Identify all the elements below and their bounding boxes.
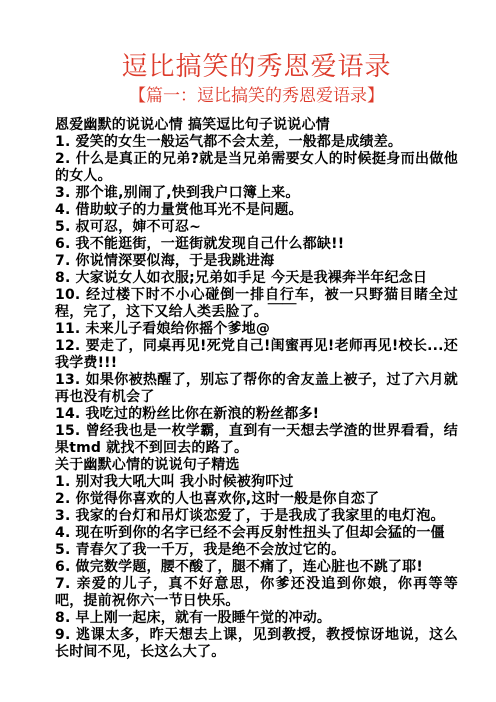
quote-item: 13. 如果你被热醒了，别忘了帮你的舍友盖上被子，过了六月就再也没有机会了 — [55, 372, 458, 406]
quote-item: 8. 大家说女人如衣服;兄弟如手足 今天是我裸奔半年纪念日 — [55, 270, 458, 287]
quote-item: 15. 曾经我也是一枚学霸，直到有一天想去学渣的世界看看，结果tmd 就找不到回… — [55, 423, 458, 457]
document-page: 逗比搞笑的秀恩爱语录 【篇一：逗比搞笑的秀恩爱语录】 恩爱幽默的说说心情 搞笑逗… — [0, 0, 496, 702]
quote-item: 7. 你说情深要似海，于是我跳进海 — [55, 253, 458, 270]
quote-item: 3. 我家的台灯和吊灯谈恋爱了，于是我成了我家里的电灯泡。 — [55, 508, 458, 525]
quote-item: 1. 爱笑的女生一般运气都不会太差，一般都是成绩差。 — [55, 134, 458, 151]
quote-item: 9. 逃课太多，昨天想去上课，见到教授，教授惊讶地说，这么长时间不见，长这么大了… — [55, 627, 458, 661]
quote-item: 2. 什么是真正的兄弟?就是当兄弟需要女人的时候挺身而出做他的女人。 — [55, 151, 458, 185]
quote-item: 8. 早上刚一起床，就有一股睡午觉的冲动。 — [55, 610, 458, 627]
quote-item: 10. 经过楼下时不小心碰倒一排自行车，被一只野猫目睹全过程，完了，这下又给人类… — [55, 287, 458, 321]
quote-item: 6. 做完数学题，腰不酸了，腿不痛了，连心脏也不跳了耶! — [55, 559, 458, 576]
section-heading: 恩爱幽默的说说心情 搞笑逗比句子说说心情 — [55, 117, 458, 134]
quote-item: 7. 亲爱的儿子，真不好意思，你爹还没追到你娘，你再等等吧，提前祝你六一节日快乐… — [55, 576, 458, 610]
quote-item: 14. 我吃过的粉丝比你在新浪的粉丝都多! — [55, 406, 458, 423]
quote-item: 4. 现在听到你的名字已经不会再反射性扭头了但却会猛的一僵 — [55, 525, 458, 542]
quote-item: 12. 要走了，同桌再见!死党自己!闺蜜再见!老师再见!校长...还我学费!!! — [55, 338, 458, 372]
document-content: 逗比搞笑的秀恩爱语录 【篇一：逗比搞笑的秀恩爱语录】 恩爱幽默的说说心情 搞笑逗… — [55, 52, 458, 661]
quote-item: 1. 别对我大吼大叫 我小时候被狗吓过 — [55, 474, 458, 491]
quote-item: 5. 叔可忍，婶不可忍~ — [55, 219, 458, 236]
quote-item: 5. 青春欠了我一千万，我是绝不会放过它的。 — [55, 542, 458, 559]
page-subtitle: 【篇一：逗比搞笑的秀恩爱语录】 — [55, 86, 458, 107]
quote-item: 11. 未来儿子看娘给你摇个爹地@ — [55, 321, 458, 338]
page-title: 逗比搞笑的秀恩爱语录 — [55, 52, 458, 82]
section-heading: 关于幽默心情的说说句子精选 — [55, 457, 458, 474]
quote-item: 4. 借助蚊子的力量赏他耳光不是问题。 — [55, 202, 458, 219]
quote-sections: 恩爱幽默的说说心情 搞笑逗比句子说说心情1. 爱笑的女生一般运气都不会太差，一般… — [55, 117, 458, 661]
quote-item: 2. 你觉得你喜欢的人也喜欢你,这时一般是你自恋了 — [55, 491, 458, 508]
quote-item: 6. 我不能逛街，一逛街就发现自己什么都缺!! — [55, 236, 458, 253]
quote-item: 3. 那个谁,别闹了,快到我户口簿上来。 — [55, 185, 458, 202]
